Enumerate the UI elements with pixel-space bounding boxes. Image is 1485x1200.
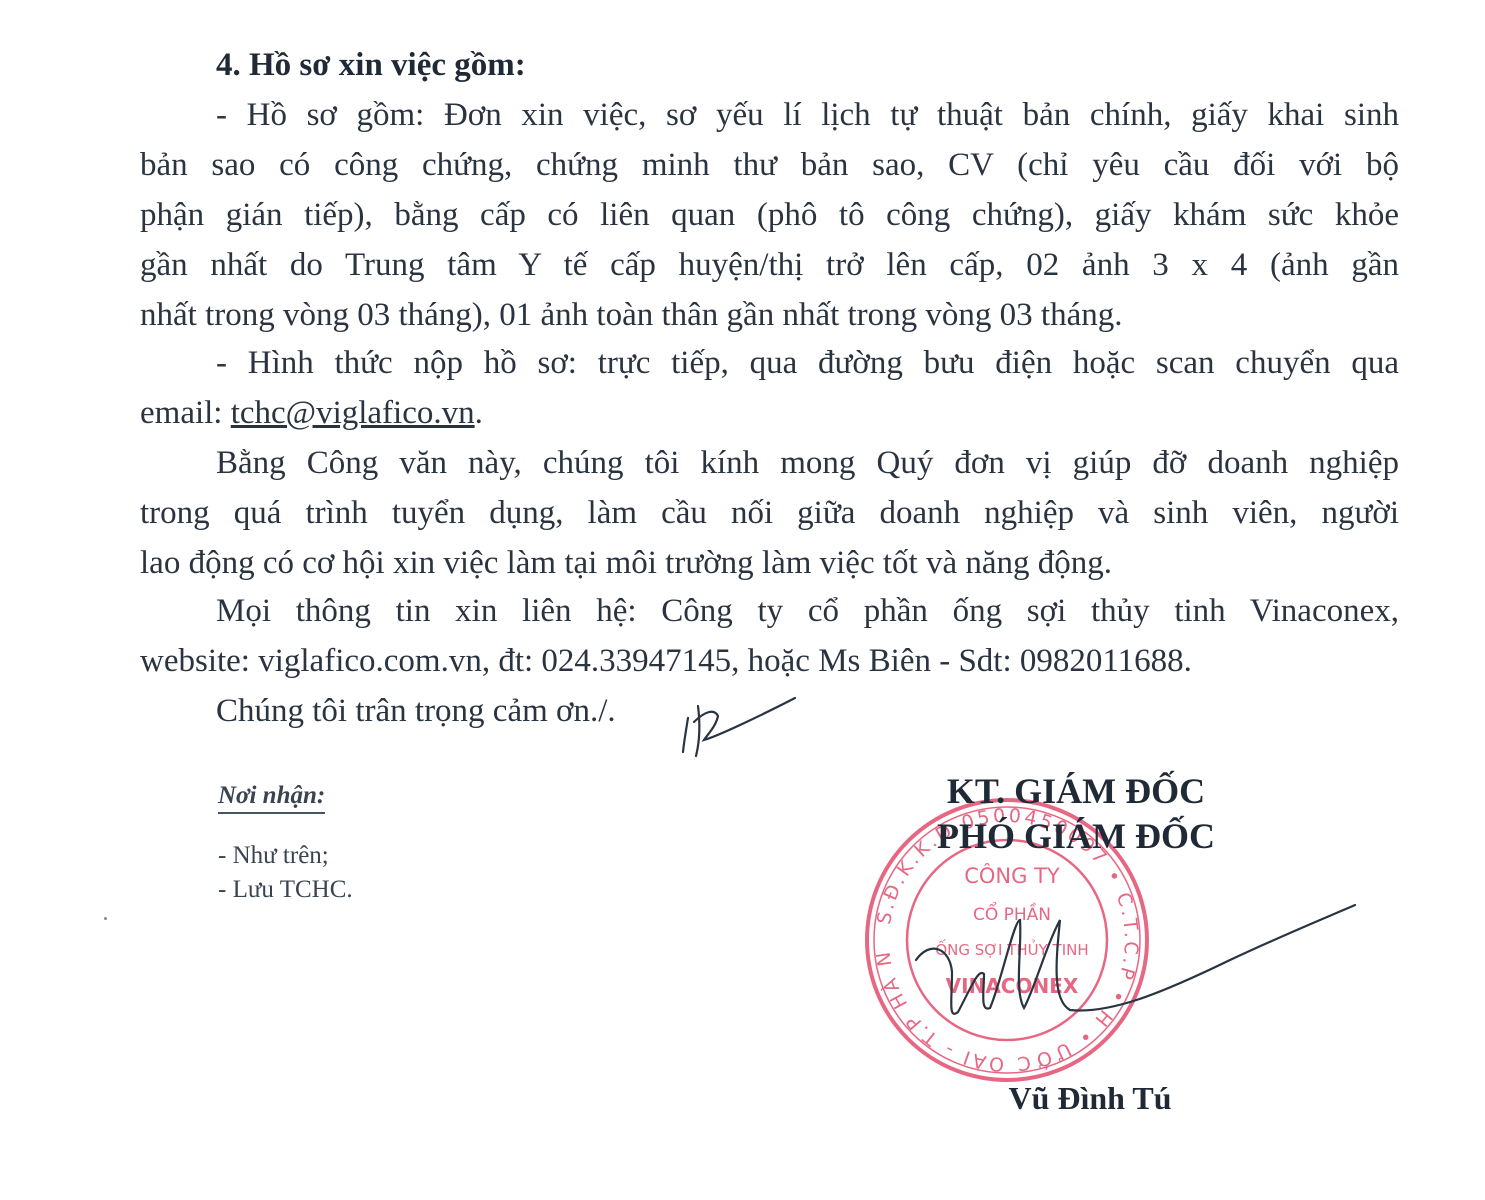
signer-name: Vũ Đình Tú — [940, 1080, 1240, 1117]
handwritten-signature-icon — [0, 0, 1485, 1200]
